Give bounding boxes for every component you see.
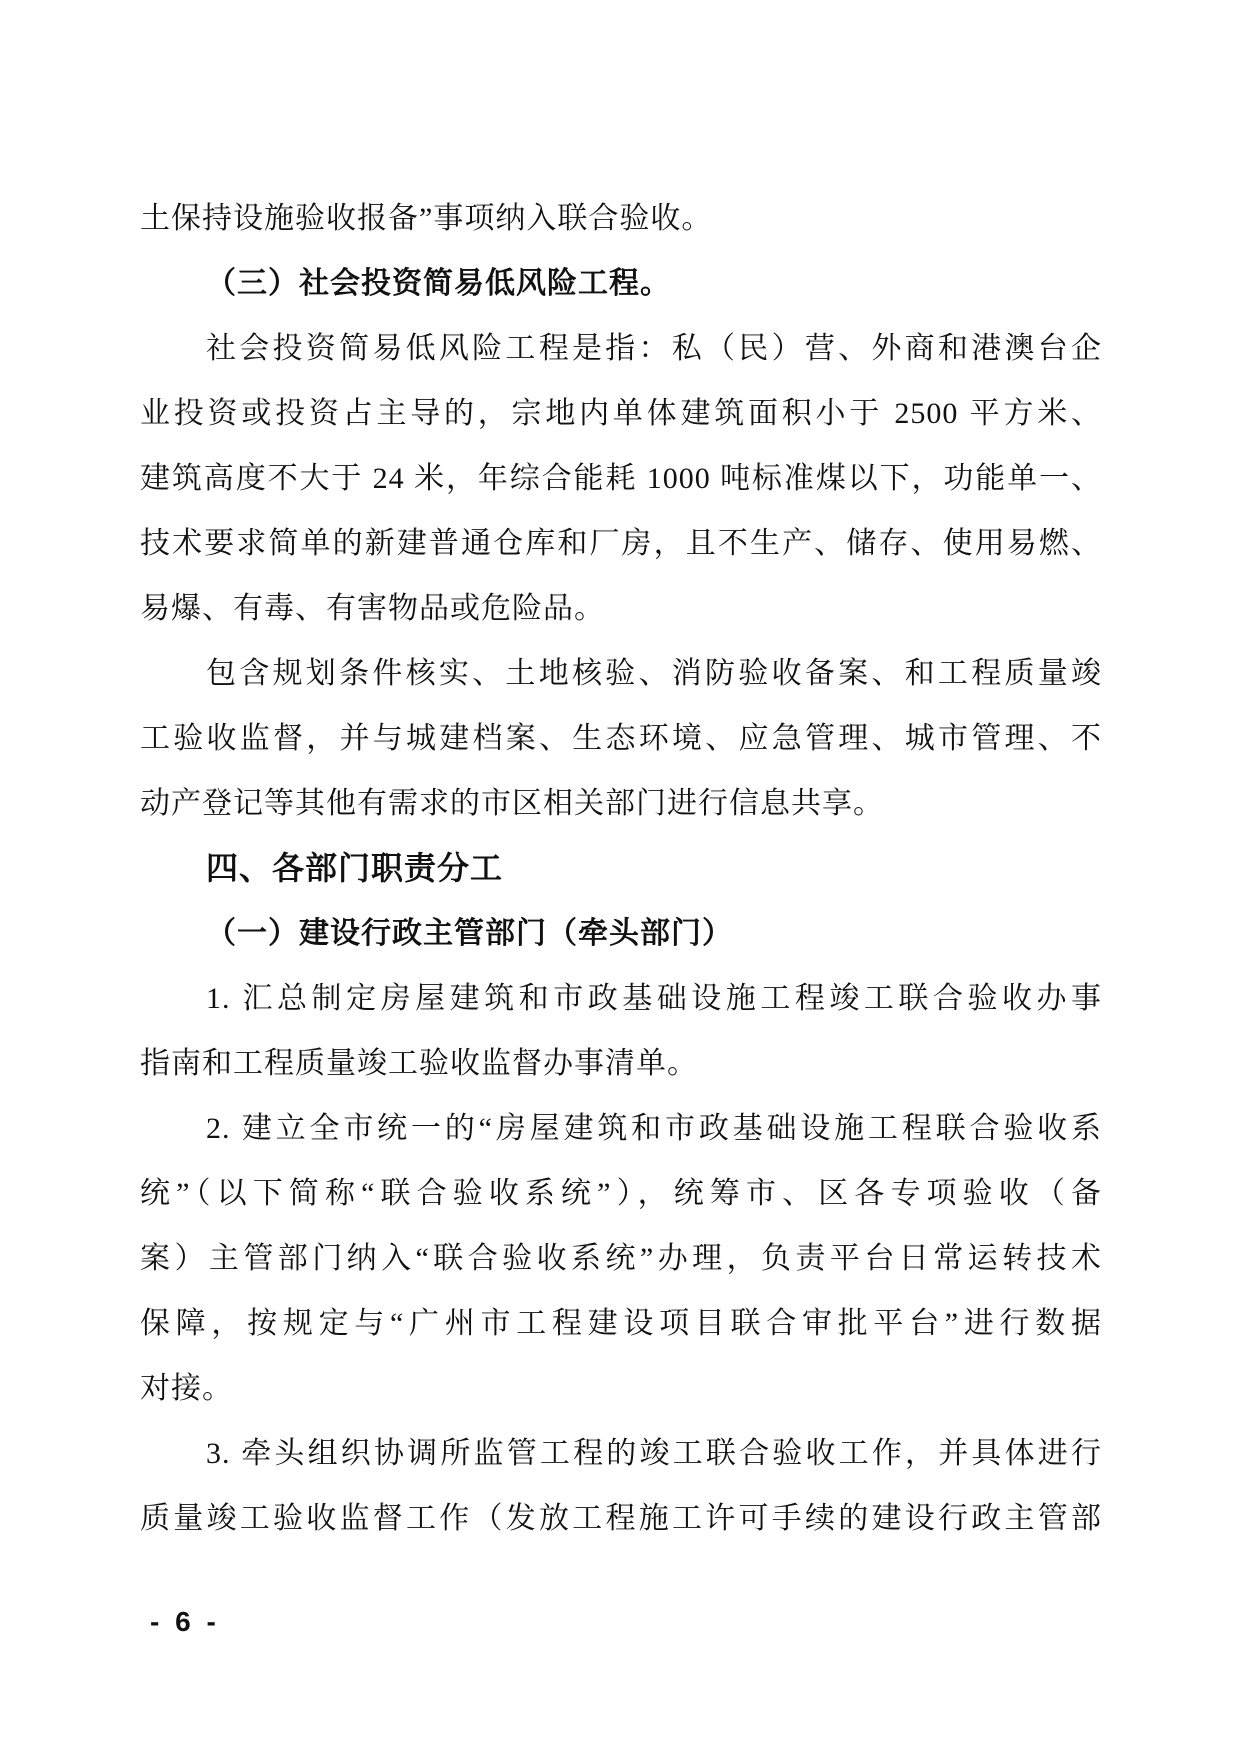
body-text-line: 质量竣工验收监督工作（发放工程施工许可手续的建设行政主管部: [140, 1486, 1102, 1551]
body-text-line: 技术要求简单的新建普通仓库和厂房，且不生产、储存、使用易燃、: [140, 511, 1102, 576]
document-page: 土保持设施验收报备”事项纳入联合验收。（三）社会投资简易低风险工程。社会投资简易…: [0, 0, 1240, 1754]
body-text-line: 建筑高度不大于 24 米，年综合能耗 1000 吨标准煤以下，功能单一、: [140, 446, 1102, 511]
body-text-line: 2. 建立全市统一的“房屋建筑和市政基础设施工程联合验收系: [140, 1096, 1102, 1161]
body-text-line: 业投资或投资占主导的，宗地内单体建筑面积小于 2500 平方米、: [140, 381, 1102, 446]
body-text-line: 指南和工程质量竣工验收监督办事清单。: [140, 1031, 1102, 1096]
section-heading-minor: （一）建设行政主管部门（牵头部门）: [140, 901, 1102, 966]
section-heading-minor: （三）社会投资简易低风险工程。: [140, 251, 1102, 316]
body-text-line: 统”（以下简称“联合验收系统”），统筹市、区各专项验收（备: [140, 1161, 1102, 1226]
body-text-line: 对接。: [140, 1356, 1102, 1421]
body-text-line: 动产登记等其他有需求的市区相关部门进行信息共享。: [140, 771, 1102, 836]
body-text-line: 包含规划条件核实、土地核验、消防验收备案、和工程质量竣: [140, 641, 1102, 706]
page-number: - 6 -: [150, 1606, 220, 1638]
section-heading-major: 四、各部门职责分工: [140, 836, 1102, 901]
document-lines: 土保持设施验收报备”事项纳入联合验收。（三）社会投资简易低风险工程。社会投资简易…: [140, 186, 1102, 1551]
body-text-line: 工验收监督，并与城建档案、生态环境、应急管理、城市管理、不: [140, 706, 1102, 771]
body-text-line: 易爆、有毒、有害物品或危险品。: [140, 576, 1102, 641]
body-text-line: 3. 牵头组织协调所监管工程的竣工联合验收工作，并具体进行: [140, 1421, 1102, 1486]
body-text-line: 案）主管部门纳入“联合验收系统”办理，负责平台日常运转技术: [140, 1226, 1102, 1291]
body-text-line: 社会投资简易低风险工程是指：私（民）营、外商和港澳台企: [140, 316, 1102, 381]
body-text-line: 土保持设施验收报备”事项纳入联合验收。: [140, 186, 1102, 251]
body-text-line: 保障，按规定与“广州市工程建设项目联合审批平台”进行数据: [140, 1291, 1102, 1356]
body-text-line: 1. 汇总制定房屋建筑和市政基础设施工程竣工联合验收办事: [140, 966, 1102, 1031]
